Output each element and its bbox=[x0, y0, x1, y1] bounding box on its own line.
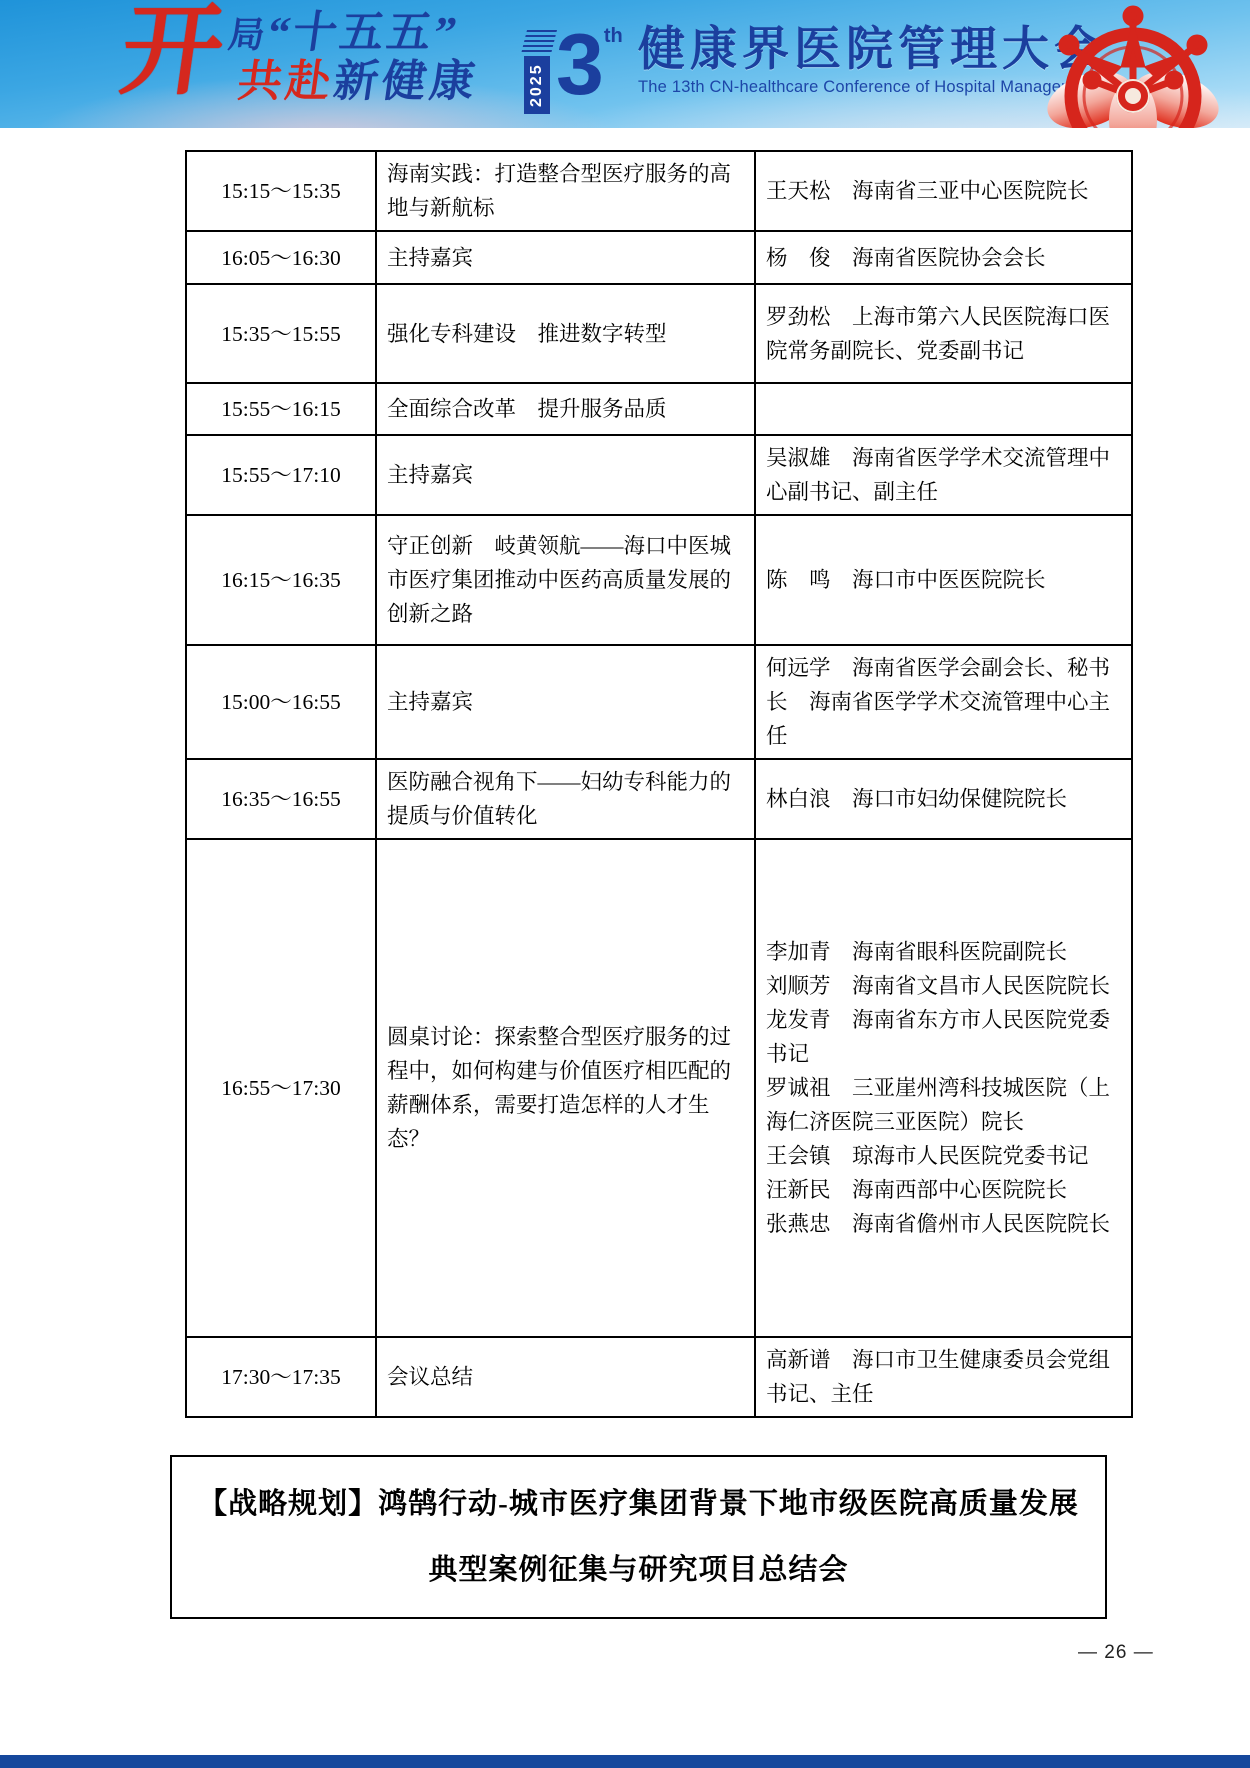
speaker-line: 林白浪 海口市妇幼保健院院长 bbox=[766, 782, 1121, 816]
time-cell: 15:55～16:15 bbox=[186, 383, 376, 435]
table-row: 15:00～16:55主持嘉宾何远学 海南省医学会副会长、秘书长 海南省医学学术… bbox=[186, 645, 1132, 759]
topic-cell: 全面综合改革 提升服务品质 bbox=[376, 383, 755, 435]
conference-banner: 开局“十五五” 共赴新健康 2025 3 th 健康界医院管理大会 The 13… bbox=[0, 0, 1250, 128]
slogan-kai-character: 开 bbox=[115, 2, 229, 102]
ship-wheel-icon bbox=[1028, 4, 1238, 128]
speakers-cell: 林白浪 海口市妇幼保健院院长 bbox=[755, 759, 1132, 839]
speaker-line: 罗劲松 上海市第六人民医院海口医院常务副院长、党委副书记 bbox=[766, 300, 1121, 368]
speaker-line: 汪新民 海南西部中心医院院长 bbox=[766, 1173, 1121, 1207]
table-row: 16:55～17:30圆桌讨论：探索整合型医疗服务的过程中，如何构建与价值医疗相… bbox=[186, 839, 1132, 1337]
strategy-line-1: 【战略规划】鸿鹄行动-城市医疗集团背景下地市级医院高质量发展 bbox=[198, 1484, 1079, 1524]
speaker-line: 何远学 海南省医学会副会长、秘书长 海南省医学学术交流管理中心主任 bbox=[766, 651, 1121, 753]
time-cell: 15:15～15:35 bbox=[186, 151, 376, 231]
speaker-line: 高新谱 海口市卫生健康委员会党组书记、主任 bbox=[766, 1343, 1121, 1411]
logo-numeral-three: 3 bbox=[556, 24, 604, 106]
strategy-session-box: 【战略规划】鸿鹄行动-城市医疗集团背景下地市级医院高质量发展 典型案例征集与研究… bbox=[170, 1455, 1107, 1619]
time-cell: 15:55～17:10 bbox=[186, 435, 376, 515]
speakers-cell: 李加青 海南省眼科医院副院长刘顺芳 海南省文昌市人民医院院长龙发青 海南省东方市… bbox=[755, 839, 1132, 1337]
speaker-line: 罗诚祖 三亚崖州湾科技城医院（上海仁济医院三亚医院）院长 bbox=[766, 1071, 1121, 1139]
time-cell: 15:00～16:55 bbox=[186, 645, 376, 759]
speakers-cell: 杨 俊 海南省医院协会会长 bbox=[755, 231, 1132, 284]
table-row: 16:35～16:55医防融合视角下——妇幼专科能力的提质与价值转化林白浪 海口… bbox=[186, 759, 1132, 839]
topic-cell: 主持嘉宾 bbox=[376, 645, 755, 759]
speakers-cell: 王天松 海南省三亚中心医院院长 bbox=[755, 151, 1132, 231]
table-row: 15:35～15:55强化专科建设 推进数字转型罗劲松 上海市第六人民医院海口医… bbox=[186, 284, 1132, 383]
speakers-cell bbox=[755, 383, 1132, 435]
logo-th-suffix: th bbox=[604, 26, 623, 46]
time-cell: 16:55～17:30 bbox=[186, 839, 376, 1337]
topic-cell: 主持嘉宾 bbox=[376, 435, 755, 515]
topic-cell: 会议总结 bbox=[376, 1337, 755, 1417]
logo-stripes-icon bbox=[521, 30, 557, 54]
topic-cell: 圆桌讨论：探索整合型医疗服务的过程中，如何构建与价值医疗相匹配的薪酬体系，需要打… bbox=[376, 839, 755, 1337]
time-cell: 17:30～17:35 bbox=[186, 1337, 376, 1417]
logo-13th: 2025 3 th bbox=[524, 24, 623, 114]
speakers-cell: 陈 鸣 海口市中医医院院长 bbox=[755, 515, 1132, 645]
speaker-line: 杨 俊 海南省医院协会会长 bbox=[766, 241, 1121, 275]
speaker-line: 陈 鸣 海口市中医医院院长 bbox=[766, 563, 1121, 597]
speakers-cell: 高新谱 海口市卫生健康委员会党组书记、主任 bbox=[755, 1337, 1132, 1417]
speaker-line: 张燕忠 海南省儋州市人民医院院长 bbox=[766, 1207, 1121, 1241]
slogan-line2: 共赴新健康 bbox=[219, 57, 482, 106]
logo-year-badge: 2025 bbox=[524, 56, 550, 114]
logo-numeral-one: 2025 bbox=[524, 30, 554, 114]
speakers-cell: 罗劲松 上海市第六人民医院海口医院常务副院长、党委副书记 bbox=[755, 284, 1132, 383]
topic-cell: 医防融合视角下——妇幼专科能力的提质与价值转化 bbox=[376, 759, 755, 839]
speaker-line: 吴淑雄 海南省医学学术交流管理中心副书记、副主任 bbox=[766, 441, 1121, 509]
table-row: 15:55～17:10主持嘉宾吴淑雄 海南省医学学术交流管理中心副书记、副主任 bbox=[186, 435, 1132, 515]
banner-slogan: 开局“十五五” 共赴新健康 bbox=[115, 2, 490, 106]
footer-bar bbox=[0, 1755, 1250, 1768]
table-row: 16:05～16:30主持嘉宾杨 俊 海南省医院协会会长 bbox=[186, 231, 1132, 284]
speakers-cell: 吴淑雄 海南省医学学术交流管理中心副书记、副主任 bbox=[755, 435, 1132, 515]
time-cell: 15:35～15:55 bbox=[186, 284, 376, 383]
schedule-body: 15:15～15:35海南实践：打造整合型医疗服务的高地与新航标王天松 海南省三… bbox=[186, 151, 1132, 1417]
topic-cell: 守正创新 岐黄领航——海口中医城市医疗集团推动中医药高质量发展的创新之路 bbox=[376, 515, 755, 645]
slogan-line1: 局“十五五” bbox=[226, 8, 463, 57]
speaker-line: 王天松 海南省三亚中心医院院长 bbox=[766, 174, 1121, 208]
table-row: 15:55～16:15全面综合改革 提升服务品质 bbox=[186, 383, 1132, 435]
strategy-line-2: 典型案例征集与研究项目总结会 bbox=[428, 1550, 848, 1590]
speakers-cell: 何远学 海南省医学会副会长、秘书长 海南省医学学术交流管理中心主任 bbox=[755, 645, 1132, 759]
table-row: 15:15～15:35海南实践：打造整合型医疗服务的高地与新航标王天松 海南省三… bbox=[186, 151, 1132, 231]
schedule-table: 15:15～15:35海南实践：打造整合型医疗服务的高地与新航标王天松 海南省三… bbox=[185, 150, 1133, 1418]
speaker-line: 龙发青 海南省东方市人民医院党委书记 bbox=[766, 1003, 1121, 1071]
time-cell: 16:05～16:30 bbox=[186, 231, 376, 284]
topic-cell: 海南实践：打造整合型医疗服务的高地与新航标 bbox=[376, 151, 755, 231]
page-number: — 26 — bbox=[1078, 1642, 1154, 1664]
table-row: 16:15～16:35守正创新 岐黄领航——海口中医城市医疗集团推动中医药高质量… bbox=[186, 515, 1132, 645]
time-cell: 16:35～16:55 bbox=[186, 759, 376, 839]
speaker-line: 刘顺芳 海南省文昌市人民医院院长 bbox=[766, 969, 1121, 1003]
topic-cell: 强化专科建设 推进数字转型 bbox=[376, 284, 755, 383]
table-row: 17:30～17:35会议总结高新谱 海口市卫生健康委员会党组书记、主任 bbox=[186, 1337, 1132, 1417]
speaker-line: 王会镇 琼海市人民医院党委书记 bbox=[766, 1139, 1121, 1173]
speaker-line: 李加青 海南省眼科医院副院长 bbox=[766, 935, 1121, 969]
topic-cell: 主持嘉宾 bbox=[376, 231, 755, 284]
time-cell: 16:15～16:35 bbox=[186, 515, 376, 645]
